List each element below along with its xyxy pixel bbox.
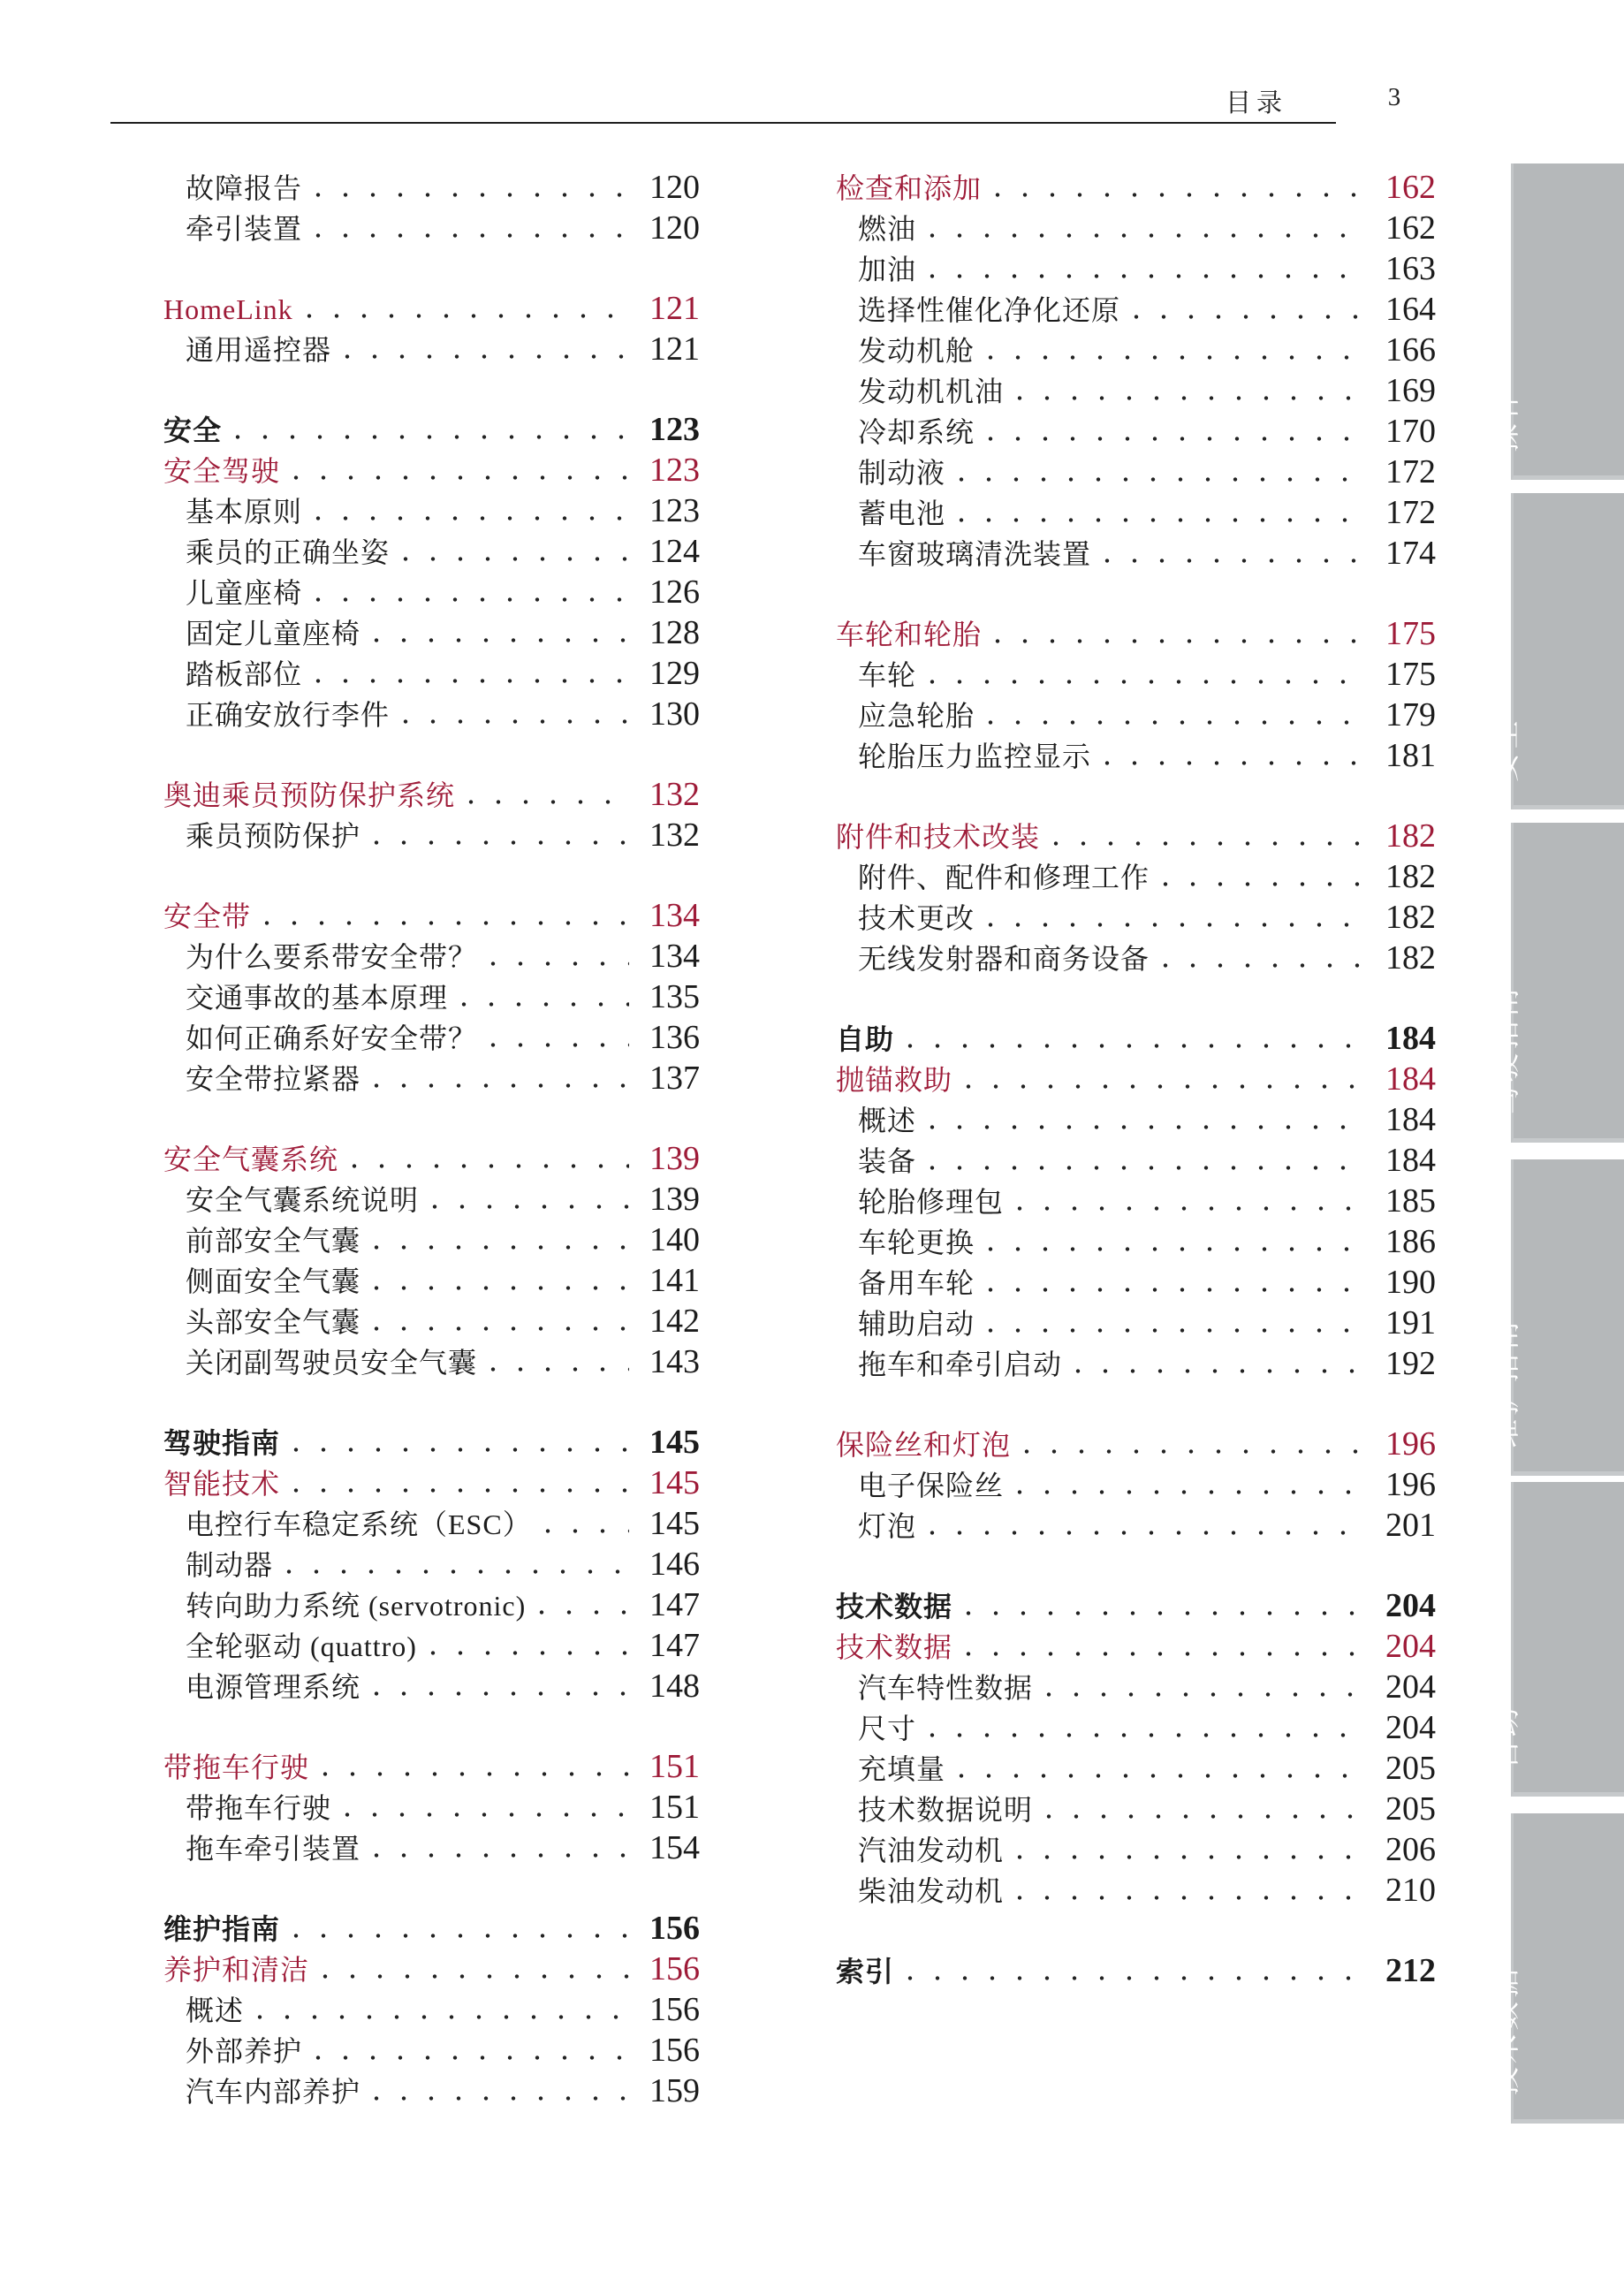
toc-entry[interactable]: 智能技术145 — [163, 1463, 700, 1503]
toc-entry[interactable]: 电源管理系统148 — [163, 1666, 700, 1706]
toc-entry-page: 137 — [643, 1058, 700, 1098]
toc-group: 车轮和轮胎175车轮175应急轮胎179轮胎压力监控显示181 — [836, 613, 1436, 776]
toc-entry[interactable]: 通用遥控器121 — [163, 329, 700, 369]
toc-entry-label: 备用车轮 — [858, 1263, 975, 1303]
toc-entry-label: 电子保险丝 — [858, 1465, 1004, 1506]
dot-leader — [988, 436, 1365, 442]
toc-entry[interactable]: 牵引装置120 — [163, 208, 700, 248]
dot-leader — [315, 192, 629, 198]
toc-entry[interactable]: 制动器146 — [163, 1544, 700, 1584]
toc-entry-label: 为什么要系带安全带？ — [186, 937, 477, 977]
dot-leader — [988, 354, 1365, 361]
toc-entry-label: 蓄电池 — [858, 493, 945, 534]
toc-entry-page: 143 — [643, 1341, 700, 1382]
dot-leader — [907, 1975, 1365, 1981]
dot-leader — [432, 1204, 629, 1210]
toc-entry-label: 乘员预防保护 — [186, 816, 360, 856]
toc-entry-label: 拖车和牵引启动 — [858, 1344, 1062, 1385]
toc-entry-label: 牵引装置 — [186, 209, 302, 249]
toc-entry-page: 166 — [1379, 330, 1436, 370]
toc-entry-page: 121 — [643, 288, 700, 329]
dot-leader — [315, 678, 629, 684]
toc-column-left: 故障报告120牵引装置120HomeLink121通用遥控器121安全123安全… — [163, 167, 700, 2111]
toc-entry[interactable]: 安全带134 — [163, 895, 700, 936]
toc-entry[interactable]: 应急轮胎179 — [836, 695, 1436, 735]
toc-entry-label: 电控行车稳定系统（ESC） — [186, 1504, 532, 1545]
dot-leader — [907, 1043, 1365, 1049]
toc-entry[interactable]: 安全气囊系统说明139 — [163, 1179, 700, 1220]
toc-entry-label: 外部养护 — [186, 2031, 302, 2071]
toc-entry[interactable]: 乘员预防保护132 — [163, 815, 700, 855]
dot-leader — [315, 596, 629, 603]
toc-entry[interactable]: 发动机机油169 — [836, 370, 1436, 411]
toc-entry[interactable]: 辅助启动191 — [836, 1303, 1436, 1343]
toc-entry-label: 柴油发动机 — [858, 1871, 1004, 1911]
toc-entry[interactable]: 技术数据说明205 — [836, 1789, 1436, 1829]
toc-entry[interactable]: 外部养护156 — [163, 2030, 700, 2071]
dot-leader — [403, 718, 629, 725]
toc-entry-label: 关闭副驾驶员安全气囊 — [186, 1342, 477, 1383]
toc-entry-page: 206 — [1379, 1829, 1436, 1870]
dot-leader — [930, 273, 1365, 279]
toc-entry-label: 装备 — [858, 1141, 916, 1182]
toc-entry-label: 固定儿童座椅 — [186, 613, 360, 654]
toc-entry-page: 151 — [643, 1787, 700, 1827]
toc-column-right: 检查和添加162燃油162加油163选择性催化净化还原164发动机舱166发动机… — [836, 167, 1436, 1991]
page-number: 3 — [1375, 83, 1414, 112]
toc-entry-page: 196 — [1379, 1464, 1436, 1505]
toc-entry-label: 加油 — [858, 249, 916, 290]
sidebar-tab-operation[interactable]: 操作 — [1511, 163, 1624, 480]
toc-entry-label: 充填量 — [858, 1749, 945, 1789]
toc-entry[interactable]: 汽油发动机206 — [836, 1829, 1436, 1870]
toc-entry-page: 147 — [643, 1584, 700, 1625]
dot-leader — [293, 475, 629, 481]
toc-entry-page: 145 — [643, 1463, 700, 1503]
toc-entry-page: 162 — [1379, 208, 1436, 248]
toc-entry-label: 养护和清洁 — [163, 1949, 309, 1990]
toc-entry[interactable]: 柴油发动机210 — [836, 1870, 1436, 1911]
dot-leader — [374, 2095, 629, 2101]
toc-entry-label: 尺寸 — [858, 1708, 916, 1749]
toc-entry[interactable]: 汽车内部养护159 — [163, 2071, 700, 2111]
toc-entry[interactable]: 全轮驱动 (quattro)147 — [163, 1625, 700, 1666]
dot-leader — [315, 515, 629, 521]
toc-entry[interactable]: 燃油162 — [836, 208, 1436, 248]
toc-entry[interactable]: 制动液172 — [836, 452, 1436, 492]
toc-entry-page: 185 — [1379, 1181, 1436, 1221]
sidebar-tab-technical-data[interactable]: 技术数据 — [1511, 1813, 1624, 2124]
toc-entry-page: 156 — [643, 1949, 700, 1989]
toc-entry-page: 182 — [1379, 897, 1436, 938]
toc-entry-page: 174 — [1379, 533, 1436, 574]
toc-entry[interactable]: 汽车特性数据204 — [836, 1667, 1436, 1707]
toc-entry[interactable]: 乘员的正确坐姿124 — [163, 531, 700, 572]
toc-group: 索引212 — [836, 1950, 1436, 1991]
sidebar-tab-label: 驾驶指南 — [1483, 984, 1524, 1115]
dot-leader — [1017, 1205, 1365, 1212]
toc-entry-label: 儿童座椅 — [186, 573, 302, 613]
toc-entry-label: 技术数据说明 — [858, 1789, 1033, 1830]
toc-entry-page: 134 — [643, 936, 700, 976]
toc-entry-page: 182 — [1379, 816, 1436, 856]
dot-leader — [374, 1244, 629, 1250]
sidebar-tab-safety[interactable]: 安全 — [1511, 493, 1624, 809]
toc-entry-page: 146 — [643, 1544, 700, 1584]
dot-leader — [345, 353, 629, 360]
toc-entry-page: 212 — [1379, 1950, 1436, 1991]
toc-entry[interactable]: 拖车牵引装置154 — [163, 1827, 700, 1868]
sidebar-tab-label: 维护指南 — [1483, 1318, 1524, 1448]
toc-entry-page: 192 — [1379, 1343, 1436, 1384]
toc-entry-label: 交通事故的基本原理 — [186, 977, 448, 1018]
toc-entry[interactable]: 蓄电池172 — [836, 492, 1436, 533]
toc-entry-label: 转向助力系统 (servotronic) — [186, 1585, 526, 1626]
toc-entry[interactable]: 灯泡201 — [836, 1505, 1436, 1546]
toc-entry-page: 140 — [643, 1220, 700, 1260]
toc-entry[interactable]: 备用车轮190 — [836, 1262, 1436, 1303]
toc-group: 驾驶指南145智能技术145电控行车稳定系统（ESC）145制动器146转向助力… — [163, 1422, 700, 1706]
toc-entry-page: 163 — [1379, 248, 1436, 289]
toc-entry-label: 带拖车行驶 — [186, 1788, 331, 1828]
toc-entry[interactable]: 技术数据204 — [836, 1585, 1436, 1626]
toc-entry-page: 204 — [1379, 1707, 1436, 1748]
sidebar-tab-driving-guide[interactable]: 驾驶指南 — [1511, 823, 1624, 1143]
dot-leader — [1017, 395, 1365, 401]
toc-entry-page: 175 — [1379, 613, 1436, 654]
dot-leader — [1134, 314, 1365, 320]
toc-entry-page: 182 — [1379, 938, 1436, 978]
toc-entry[interactable]: 带拖车行驶151 — [163, 1787, 700, 1827]
toc-group: 安全带134为什么要系带安全带？134交通事故的基本原理135如何正确系好安全带… — [163, 895, 700, 1098]
toc-entry[interactable]: 为什么要系带安全带？134 — [163, 936, 700, 976]
toc-entry[interactable]: 保险丝和灯泡196 — [836, 1424, 1436, 1464]
toc-entry-label: 技术数据 — [836, 1586, 952, 1627]
toc-entry-page: 145 — [643, 1422, 700, 1463]
toc-entry-label: 轮胎压力监控显示 — [858, 736, 1091, 777]
toc-entry[interactable]: 安全123 — [163, 409, 700, 450]
sidebar-tab-maintenance-guide[interactable]: 维护指南 — [1511, 1159, 1624, 1476]
toc-entry[interactable]: 驾驶指南145 — [163, 1422, 700, 1463]
toc-entry[interactable]: 附件和技术改装182 — [836, 816, 1436, 856]
toc-entry[interactable]: 车轮更换186 — [836, 1221, 1436, 1262]
toc-entry[interactable]: 充填量205 — [836, 1748, 1436, 1789]
toc-entry[interactable]: 装备184 — [836, 1140, 1436, 1181]
dot-leader — [1017, 1854, 1365, 1860]
toc-entry-label: 发动机机油 — [858, 371, 1004, 412]
toc-group: 维护指南156养护和清洁156概述156外部养护156汽车内部养护159 — [163, 1908, 700, 2111]
toc-entry-label: 电源管理系统 — [186, 1667, 360, 1707]
toc-entry-label: 汽车特性数据 — [858, 1668, 1033, 1708]
toc-entry[interactable]: 尺寸204 — [836, 1707, 1436, 1748]
toc-entry-label: 安全气囊系统 — [163, 1139, 338, 1180]
toc-entry[interactable]: 抛锚救助184 — [836, 1059, 1436, 1099]
toc-entry-page: 172 — [1379, 452, 1436, 492]
dot-leader — [988, 719, 1365, 726]
toc-entry[interactable]: 维护指南156 — [163, 1908, 700, 1949]
dot-leader — [930, 1732, 1365, 1738]
dot-leader — [539, 1609, 629, 1615]
header-rule — [110, 122, 1336, 124]
toc-entry-label: 燃油 — [858, 209, 916, 249]
toc-entry-label: 奥迪乘员预防保护系统 — [163, 775, 455, 816]
dot-leader — [374, 1326, 629, 1332]
dot-leader — [323, 1973, 629, 1979]
toc-entry-label: 全轮驱动 (quattro) — [186, 1626, 417, 1667]
toc-entry[interactable]: HomeLink121 — [163, 288, 700, 329]
toc-group: 带拖车行驶151带拖车行驶151拖车牵引装置154 — [163, 1746, 700, 1868]
dot-leader — [352, 1163, 629, 1169]
dot-leader — [235, 434, 629, 440]
toc-group: 奥迪乘员预防保护系统132乘员预防保护132 — [163, 774, 700, 855]
toc-entry-label: 发动机舱 — [858, 331, 975, 371]
dot-leader — [374, 1285, 629, 1291]
toc-entry-page: 156 — [643, 2030, 700, 2071]
dot-leader — [264, 920, 629, 926]
toc-entry[interactable]: 车轮和轮胎175 — [836, 613, 1436, 654]
dot-leader — [995, 638, 1365, 644]
toc-entry-page: 156 — [643, 1908, 700, 1949]
dot-leader — [959, 476, 1365, 483]
toc-entry[interactable]: 概述184 — [836, 1099, 1436, 1140]
dot-leader — [988, 922, 1365, 928]
toc-entry-label: 汽油发动机 — [858, 1830, 1004, 1871]
dot-leader — [1017, 1895, 1365, 1901]
dot-leader — [468, 799, 629, 805]
toc-entry[interactable]: 冷却系统170 — [836, 411, 1436, 452]
toc-entry[interactable]: 奥迪乘员预防保护系统132 — [163, 774, 700, 815]
toc-entry[interactable]: 故障报告120 — [163, 167, 700, 208]
toc-entry-page: 132 — [643, 815, 700, 855]
toc-entry[interactable]: 轮胎压力监控显示181 — [836, 735, 1436, 776]
toc-entry[interactable]: 安全带拉紧器137 — [163, 1058, 700, 1098]
dot-leader — [293, 1933, 629, 1939]
dot-leader — [930, 679, 1365, 685]
dot-leader — [1163, 881, 1365, 887]
toc-entry-label: 智能技术 — [163, 1463, 280, 1504]
toc-group: 安全123安全驾驶123基本原则123乘员的正确坐姿124儿童座椅126固定儿童… — [163, 409, 700, 734]
toc-entry-label: 概述 — [186, 1990, 244, 2031]
dot-leader — [374, 840, 629, 846]
toc-entry-label: 安全 — [163, 410, 222, 451]
dot-leader — [315, 232, 629, 239]
toc-entry-page: 154 — [643, 1827, 700, 1868]
toc-entry-label: 冷却系统 — [858, 412, 975, 452]
toc-entry-label: 概述 — [858, 1100, 916, 1141]
toc-entry-page: 148 — [643, 1666, 700, 1706]
dot-leader — [323, 1771, 629, 1777]
toc-entry-page: 204 — [1379, 1667, 1436, 1707]
toc-entry-page: 184 — [1379, 1140, 1436, 1181]
toc-entry-page: 151 — [643, 1746, 700, 1787]
toc-entry-page: 201 — [1379, 1505, 1436, 1546]
toc-entry[interactable]: 自助184 — [836, 1018, 1436, 1059]
toc-entry[interactable]: 交通事故的基本原理135 — [163, 976, 700, 1017]
toc-entry-label: 制动液 — [858, 452, 945, 493]
dot-leader — [988, 1287, 1365, 1293]
toc-entry-label: HomeLink — [163, 289, 293, 330]
dot-leader — [315, 2055, 629, 2061]
toc-entry-page: 124 — [643, 531, 700, 572]
dot-leader — [307, 313, 629, 319]
dot-leader — [1046, 1691, 1365, 1698]
toc-entry[interactable]: 加油163 — [836, 248, 1436, 289]
toc-entry-label: 车轮 — [858, 655, 916, 695]
toc-entry-page: 123 — [643, 409, 700, 450]
toc-entry[interactable]: 检查和添加162 — [836, 167, 1436, 208]
dot-leader — [1046, 1813, 1365, 1820]
dot-leader — [995, 192, 1365, 198]
toc-entry-page: 141 — [643, 1260, 700, 1301]
toc-entry[interactable]: 正确安放行李件130 — [163, 694, 700, 734]
dot-leader — [1163, 962, 1365, 969]
dot-leader — [1104, 760, 1365, 766]
toc-entry[interactable]: 轮胎修理包185 — [836, 1181, 1436, 1221]
toc-entry-label: 附件、配件和修理工作 — [858, 857, 1150, 898]
toc-entry-page: 191 — [1379, 1303, 1436, 1343]
toc-entry[interactable]: 技术更改182 — [836, 897, 1436, 938]
toc-entry-label: 侧面安全气囊 — [186, 1261, 360, 1302]
toc-entry-label: 安全带拉紧器 — [186, 1059, 360, 1099]
toc-entry[interactable]: 如何正确系好安全带？136 — [163, 1017, 700, 1058]
toc-entry[interactable]: 选择性催化净化还原164 — [836, 289, 1436, 330]
dot-leader — [959, 517, 1365, 523]
toc-entry[interactable]: 带拖车行驶151 — [163, 1746, 700, 1787]
toc-entry[interactable]: 关闭副驾驶员安全气囊143 — [163, 1341, 700, 1382]
toc-entry[interactable]: 车窗玻璃清洗装置174 — [836, 533, 1436, 574]
sidebar-tab-label: 技术数据 — [1483, 1965, 1524, 2096]
toc-entry[interactable]: 安全驾驶123 — [163, 450, 700, 490]
toc-entry-label: 故障报告 — [186, 168, 302, 209]
toc-entry[interactable]: 转向助力系统 (servotronic)147 — [163, 1584, 700, 1625]
toc-entry-page: 123 — [643, 450, 700, 490]
toc-entry-page: 175 — [1379, 654, 1436, 695]
toc-entry[interactable]: 索引212 — [836, 1950, 1436, 1991]
toc-entry-page: 184 — [1379, 1018, 1436, 1059]
toc-entry-page: 136 — [643, 1017, 700, 1058]
toc-entry-page: 145 — [643, 1503, 700, 1544]
dot-leader — [374, 1083, 629, 1089]
sidebar-tab-self-help[interactable]: 自助 — [1511, 1482, 1624, 1797]
dot-leader — [930, 232, 1365, 239]
dot-leader — [545, 1528, 629, 1534]
toc-entry[interactable]: 电子保险丝196 — [836, 1464, 1436, 1505]
dot-leader — [257, 2014, 629, 2020]
toc-entry-page: 121 — [643, 329, 700, 369]
toc-entry[interactable]: 无线发射器和商务设备182 — [836, 938, 1436, 978]
toc-entry[interactable]: 儿童座椅126 — [163, 572, 700, 612]
toc-entry[interactable]: 养护和清洁156 — [163, 1949, 700, 1989]
toc-entry-label: 车轮更换 — [858, 1222, 975, 1263]
dot-leader — [966, 1610, 1365, 1616]
toc-entry-label: 技术数据 — [836, 1627, 952, 1668]
toc-entry-page: 204 — [1379, 1585, 1436, 1626]
dot-leader — [490, 1366, 629, 1372]
toc-entry-label: 前部安全气囊 — [186, 1220, 360, 1261]
sidebar-tab-label: 操作 — [1483, 387, 1524, 452]
toc-entry[interactable]: 踏板部位129 — [163, 653, 700, 694]
toc-entry-page: 128 — [643, 612, 700, 653]
dot-leader — [430, 1650, 629, 1656]
toc-group: 自助184抛锚救助184概述184装备184轮胎修理包185车轮更换186备用车… — [836, 1018, 1436, 1384]
dot-leader — [1024, 1448, 1365, 1455]
toc-entry-label: 车轮和轮胎 — [836, 614, 982, 655]
dot-leader — [286, 1569, 629, 1575]
toc-entry[interactable]: 基本原则123 — [163, 490, 700, 531]
dot-leader — [374, 1852, 629, 1858]
toc-entry[interactable]: 固定儿童座椅128 — [163, 612, 700, 653]
dot-leader — [374, 637, 629, 643]
toc-entry-page: 196 — [1379, 1424, 1436, 1464]
toc-group: 故障报告120牵引装置120 — [163, 167, 700, 248]
toc-entry-page: 204 — [1379, 1626, 1436, 1667]
toc-group: HomeLink121通用遥控器121 — [163, 288, 700, 369]
dot-leader — [1053, 840, 1365, 847]
toc-entry-page: 126 — [643, 572, 700, 612]
toc-entry[interactable]: 头部安全气囊142 — [163, 1301, 700, 1341]
toc-entry-page: 179 — [1379, 695, 1436, 735]
toc-entry-page: 123 — [643, 490, 700, 531]
toc-entry-page: 170 — [1379, 411, 1436, 452]
toc-entry[interactable]: 附件、配件和修理工作182 — [836, 856, 1436, 897]
sidebar-tab-label: 自助 — [1483, 1704, 1524, 1769]
dot-leader — [461, 1001, 629, 1007]
dot-leader — [490, 1042, 629, 1048]
toc-entry-page: 129 — [643, 653, 700, 694]
toc-entry[interactable]: 技术数据204 — [836, 1626, 1436, 1667]
toc-entry-label: 维护指南 — [163, 1909, 280, 1949]
toc-group: 检查和添加162燃油162加油163选择性催化净化还原164发动机舱166发动机… — [836, 167, 1436, 574]
toc-group: 附件和技术改装182附件、配件和修理工作182技术更改182无线发射器和商务设备… — [836, 816, 1436, 978]
toc-entry-label: 头部安全气囊 — [186, 1302, 360, 1342]
dot-leader — [490, 961, 629, 967]
toc-entry-page: 132 — [643, 774, 700, 815]
toc-entry-label: 正确安放行李件 — [186, 695, 390, 735]
toc-entry-label: 踏板部位 — [186, 654, 302, 695]
toc-entry-label: 车窗玻璃清洗装置 — [858, 534, 1091, 574]
toc-entry-label: 辅助启动 — [858, 1303, 975, 1344]
toc-entry[interactable]: 车轮175 — [836, 654, 1436, 695]
toc-entry-label: 安全带 — [163, 896, 251, 937]
toc-entry-label: 拖车牵引装置 — [186, 1828, 360, 1869]
dot-leader — [930, 1124, 1365, 1130]
toc-entry-label: 基本原则 — [186, 491, 302, 532]
toc-entry-page: 184 — [1379, 1059, 1436, 1099]
toc-entry-page: 205 — [1379, 1748, 1436, 1789]
toc-entry[interactable]: 侧面安全气囊141 — [163, 1260, 700, 1301]
toc-entry-page: 120 — [643, 208, 700, 248]
toc-entry-page: 164 — [1379, 289, 1436, 330]
toc-entry-label: 通用遥控器 — [186, 330, 331, 370]
toc-entry-label: 检查和添加 — [836, 168, 982, 209]
toc-entry[interactable]: 发动机舱166 — [836, 330, 1436, 370]
dot-leader — [988, 1327, 1365, 1334]
toc-entry-page: 139 — [643, 1179, 700, 1220]
dot-leader — [403, 556, 629, 562]
toc-entry-label: 索引 — [836, 1951, 894, 1992]
toc-entry-page: 184 — [1379, 1099, 1436, 1140]
dot-leader — [930, 1165, 1365, 1171]
toc-entry-label: 抛锚救助 — [836, 1060, 952, 1100]
toc-entry-label: 如何正确系好安全带？ — [186, 1018, 477, 1059]
toc-entry-page: 135 — [643, 976, 700, 1017]
toc-entry[interactable]: 前部安全气囊140 — [163, 1220, 700, 1260]
manual-toc-page: 目录 3 故障报告120牵引装置120HomeLink121通用遥控器121安全… — [0, 0, 1624, 2272]
toc-entry[interactable]: 拖车和牵引启动192 — [836, 1343, 1436, 1384]
toc-entry[interactable]: 概述156 — [163, 1989, 700, 2030]
toc-entry[interactable]: 电控行车稳定系统（ESC）145 — [163, 1503, 700, 1544]
toc-entry[interactable]: 安全气囊系统139 — [163, 1138, 700, 1179]
